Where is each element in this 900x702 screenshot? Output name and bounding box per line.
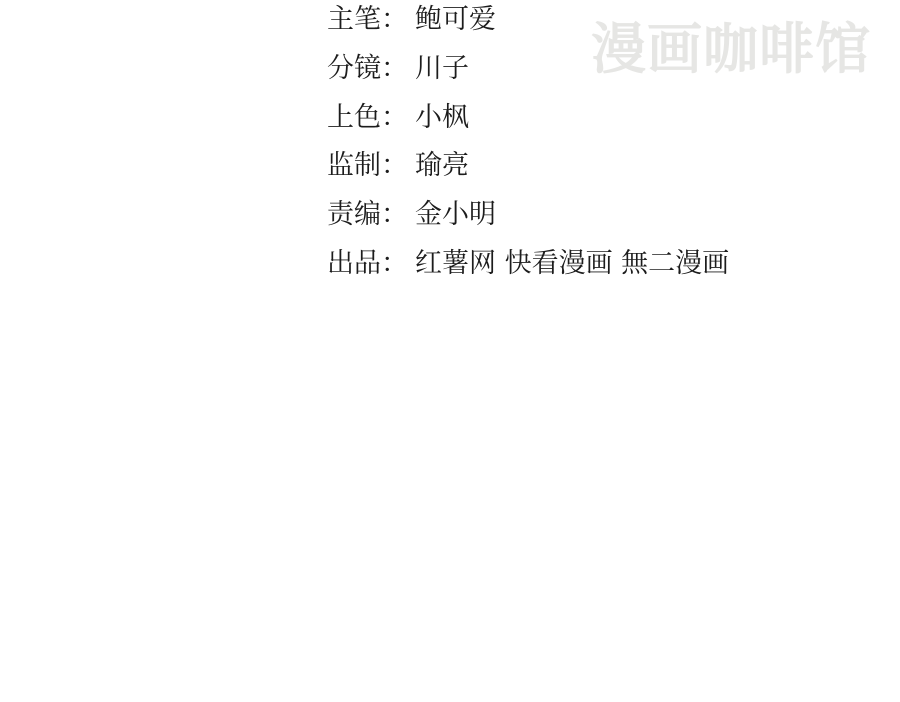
credit-row-storyboard: 分镜：川子 — [327, 52, 469, 86]
credit-row-supervisor: 监制：瑜亮 — [327, 149, 469, 183]
credit-value: 小枫 — [415, 101, 469, 135]
credit-value: 金小明 — [415, 198, 496, 232]
credit-row-editor: 责编：金小明 — [327, 198, 496, 232]
credit-label: 监制： — [327, 149, 415, 183]
credit-row-coloring: 上色：小枫 — [327, 101, 469, 135]
credit-row-artist: 主笔：鲍可爱 — [327, 3, 496, 37]
credit-label: 出品： — [327, 247, 415, 281]
watermark: 漫画咖啡馆 — [591, 17, 871, 81]
credit-label: 责编： — [327, 198, 415, 232]
credit-value: 鲍可爱 — [415, 3, 496, 37]
credit-row-publisher: 出品：红薯网 快看漫画 無二漫画 — [327, 247, 729, 281]
credit-value: 瑜亮 — [415, 149, 469, 183]
credit-label: 分镜： — [327, 52, 415, 86]
credit-value: 红薯网 快看漫画 無二漫画 — [415, 247, 729, 281]
credit-label: 上色： — [327, 101, 415, 135]
credit-label: 主笔： — [327, 3, 415, 37]
credit-value: 川子 — [415, 52, 469, 86]
